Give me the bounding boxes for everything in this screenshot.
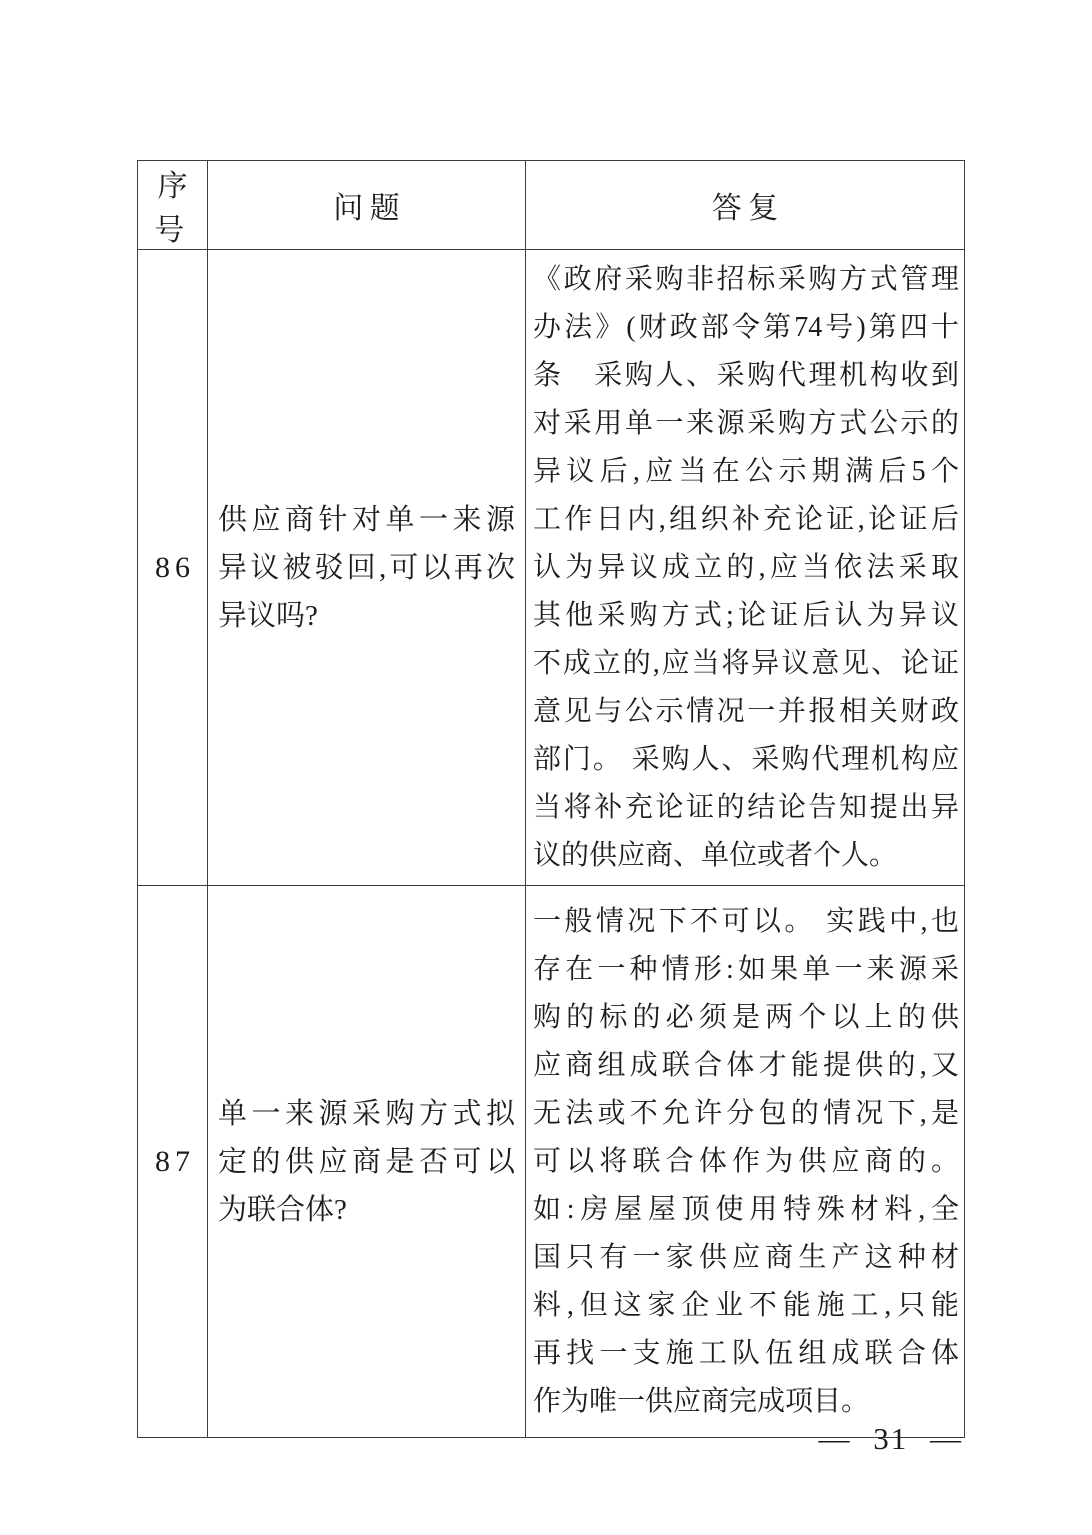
answer-line: 存在一种情形:如果单一来源采 <box>533 946 959 994</box>
qa-table: 序号 问题 答复 86供应商针对单一来源异议被驳回,可以再次异议吗?《政府采购非… <box>137 160 965 1438</box>
table-row: 86供应商针对单一来源异议被驳回,可以再次异议吗?《政府采购非招标采购方式管理办… <box>138 250 965 886</box>
answer-cell: 《政府采购非招标采购方式管理办法》(财政部令第74号)第四十条 采购人、采购代理… <box>526 250 965 886</box>
answer-line: 应商组成联合体才能提供的,又 <box>533 1042 959 1090</box>
answer-line: 办法》(财政部令第74号)第四十 <box>533 304 959 352</box>
header-serial: 序号 <box>138 161 208 250</box>
answer-line: 料,但这家企业不能施工,只能 <box>533 1282 959 1330</box>
answer-line: 对采用单一来源采购方式公示的 <box>533 400 959 448</box>
header-answer: 答复 <box>526 161 965 250</box>
answer-line: 部门。 采购人、采购代理机构应 <box>533 736 959 784</box>
answer-line: 一般情况下不可以。 实践中,也 <box>533 898 959 946</box>
answer-line: 无法或不允许分包的情况下,是 <box>533 1090 959 1138</box>
answer-line: 再找一支施工队伍组成联合体 <box>533 1330 959 1378</box>
question-cell: 单一来源采购方式拟定的供应商是否可以为联合体? <box>208 886 526 1438</box>
page-number: — 31 — <box>819 1421 964 1457</box>
answer-line: 作为唯一供应商完成项目。 <box>533 1378 959 1426</box>
question-cell: 供应商针对单一来源异议被驳回,可以再次异议吗? <box>208 250 526 886</box>
table-row: 87单一来源采购方式拟定的供应商是否可以为联合体?一般情况下不可以。 实践中,也… <box>138 886 965 1438</box>
answer-line: 可以将联合体作为供应商的。 <box>533 1138 959 1186</box>
answer-line: 议的供应商、单位或者个人。 <box>533 832 959 880</box>
answer-line: 《政府采购非招标采购方式管理 <box>533 256 959 304</box>
answer-line: 购的标的必须是两个以上的供 <box>533 994 959 1042</box>
question-line: 为联合体? <box>218 1186 515 1234</box>
serial-cell: 87 <box>138 886 208 1438</box>
document-page: 序号 问题 答复 86供应商针对单一来源异议被驳回,可以再次异议吗?《政府采购非… <box>0 0 1092 1535</box>
header-question: 问题 <box>208 161 526 250</box>
question-line: 异议被驳回,可以再次 <box>218 544 515 592</box>
question-line: 异议吗? <box>218 592 515 640</box>
answer-cell: 一般情况下不可以。 实践中,也存在一种情形:如果单一来源采购的标的必须是两个以上… <box>526 886 965 1438</box>
serial-cell: 86 <box>138 250 208 886</box>
answer-line: 认为异议成立的,应当依法采取 <box>533 544 959 592</box>
answer-line: 意见与公示情况一并报相关财政 <box>533 688 959 736</box>
answer-line: 其他采购方式;论证后认为异议 <box>533 592 959 640</box>
answer-line: 不成立的,应当将异议意见、论证 <box>533 640 959 688</box>
question-line: 定的供应商是否可以 <box>218 1138 515 1186</box>
question-line: 供应商针对单一来源 <box>218 496 515 544</box>
table-header-row: 序号 问题 答复 <box>138 161 965 250</box>
answer-line: 异议后,应当在公示期满后5个 <box>533 448 959 496</box>
qa-table-body: 86供应商针对单一来源异议被驳回,可以再次异议吗?《政府采购非招标采购方式管理办… <box>138 250 965 1438</box>
answer-line: 如:房屋屋顶使用特殊材料,全 <box>533 1186 959 1234</box>
answer-line: 国只有一家供应商生产这种材 <box>533 1234 959 1282</box>
answer-line: 条 采购人、采购代理机构收到 <box>533 352 959 400</box>
question-line: 单一来源采购方式拟 <box>218 1090 515 1138</box>
answer-line: 工作日内,组织补充论证,论证后 <box>533 496 959 544</box>
answer-line: 当将补充论证的结论告知提出异 <box>533 784 959 832</box>
